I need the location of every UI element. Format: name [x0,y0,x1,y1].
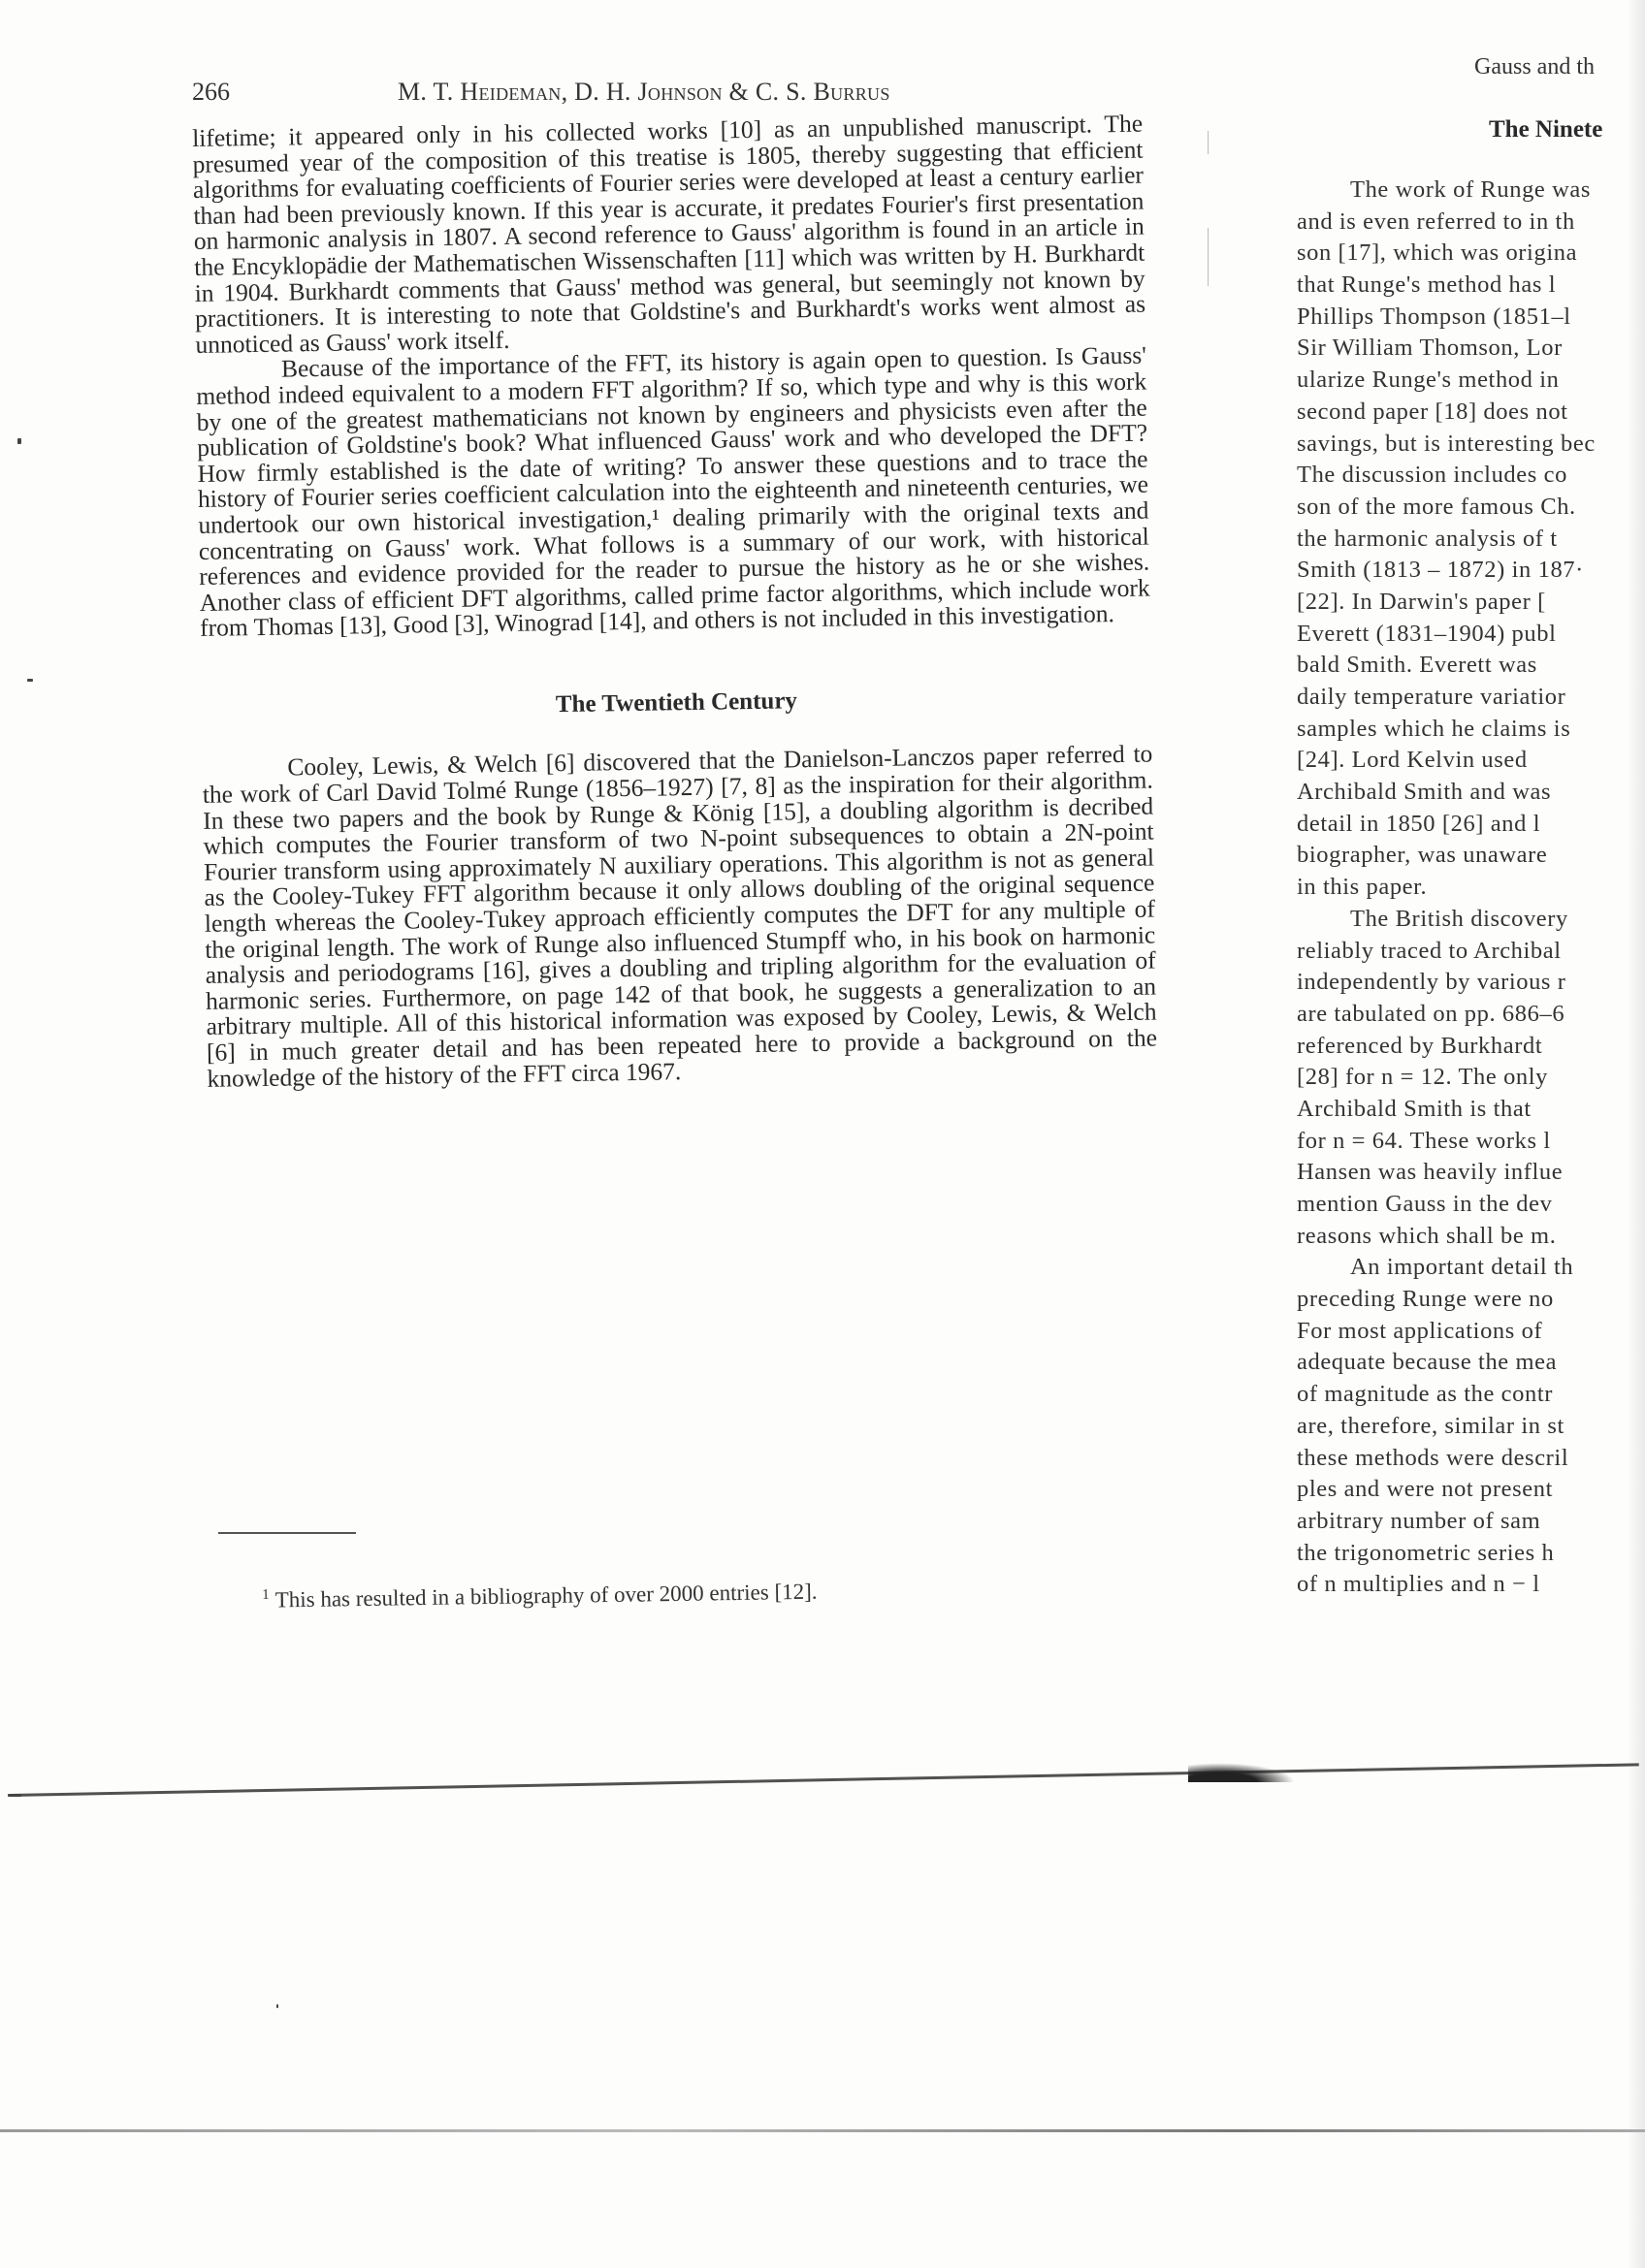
right-section-heading: The Ninete [1489,116,1602,144]
text-line: ples and were not present [1297,1474,1629,1506]
text-line: Hansen was heavily influe [1297,1157,1629,1189]
text-line: of magnitude as the contr [1297,1379,1629,1411]
text-line: Everett (1831–1904) publ [1297,619,1629,651]
text-line: The work of Runge was [1297,175,1629,207]
scan-speck [27,679,33,682]
text-line: Phillips Thompson (1851–l [1297,302,1629,334]
text-line: Archibald Smith is that [1297,1094,1629,1126]
text-line: ularize Runge's method in [1297,365,1629,397]
scan-speck [17,438,21,444]
scan-edge-line [0,2129,1645,2132]
text-line: preceding Runge were no [1297,1284,1629,1316]
text-line: reasons which shall be m. [1297,1221,1629,1253]
text-line: son of the more famous Ch. [1297,492,1629,524]
text-line: reliably traced to Archibal [1297,936,1629,968]
text-line: in this paper. [1297,872,1629,904]
text-line: the harmonic analysis of t [1297,524,1629,556]
text-line: independently by various r [1297,967,1629,999]
text-line: Smith (1813 – 1872) in 187· [1297,555,1629,587]
scan-speck [276,2004,278,2008]
text-line: The discussion includes co [1297,460,1629,492]
text-line: biographer, was unaware [1297,840,1629,872]
right-running-head: Gauss and th [1474,54,1595,80]
text-line: detail in 1850 [26] and l [1297,809,1629,841]
text-line: these methods were descril [1297,1443,1629,1475]
text-line: adequate because the mea [1297,1347,1629,1379]
text-line: referenced by Burkhardt [1297,1031,1629,1063]
right-body-text: The work of Runge wasand is even referre… [1297,175,1629,1601]
text-line: of n multiplies and n − l [1297,1569,1629,1601]
page-fold-mark [1188,1763,1295,1782]
text-line: and is even referred to in th [1297,207,1629,239]
text-line: Sir William Thomson, Lor [1297,333,1629,365]
right-page: Gauss and th The Ninete The work of Rung… [0,0,1629,2268]
text-line: daily temperature variatior [1297,682,1629,714]
text-line: savings, but is interesting bec [1297,429,1629,461]
text-line: that Runge's method has l [1297,270,1629,302]
text-line: for n = 64. These works l [1297,1126,1629,1158]
text-line: second paper [18] does not [1297,397,1629,429]
text-line: are, therefore, similar in st [1297,1411,1629,1443]
text-line: For most applications of [1297,1316,1629,1348]
text-line: [28] for n = 12. The only [1297,1062,1629,1094]
page-edge-shadow [1628,0,1645,2268]
text-line: [24]. Lord Kelvin used [1297,745,1629,777]
text-line: mention Gauss in the dev [1297,1189,1629,1221]
text-line: bald Smith. Everett was [1297,650,1629,682]
text-line: [22]. In Darwin's paper [ [1297,587,1629,619]
text-line: the trigonometric series h [1297,1538,1629,1570]
text-line: son [17], which was origina [1297,238,1629,270]
scan-speck [8,1794,21,1797]
text-line: Archibald Smith and was [1297,777,1629,809]
text-line: An important detail th [1297,1252,1629,1284]
text-line: samples which he claims is [1297,714,1629,746]
text-line: arbitrary number of sam [1297,1506,1629,1538]
text-line: The British discovery [1297,904,1629,936]
text-line: are tabulated on pp. 686–6 [1297,999,1629,1031]
